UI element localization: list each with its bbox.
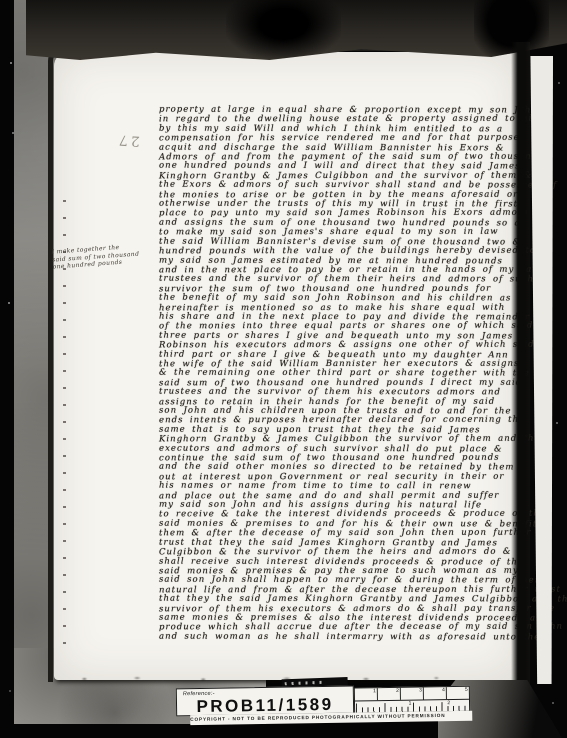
copyright-notice: COPYRIGHT - NOT TO BE REPRODUCED PHOTOGR… — [190, 714, 445, 723]
page-gutter-shadow — [511, 42, 530, 692]
manuscript-page: 27 I make together thesaid sum of two th… — [54, 52, 518, 680]
scale-ruler: 12345 1 2 — [354, 686, 470, 714]
ruler-inch-label: 1 — [355, 688, 378, 700]
ruler-inch-label: 2 — [378, 688, 401, 700]
scanner-mat-left — [14, 0, 58, 724]
manuscript-text: property at large in equal share & propo… — [159, 106, 521, 642]
marginal-note: I make together thesaid sum of two thous… — [51, 241, 157, 271]
shadow-blob — [226, 0, 341, 60]
book-top-edge-shadow — [26, 0, 567, 60]
ruler-cm-label: 2 — [447, 700, 450, 706]
reference-card-group: Reference:- PROB11/1589 12345 1 2 COPYRI… — [176, 676, 475, 729]
ruler-cm-label: 1 — [409, 701, 412, 707]
folio-number: 27 — [115, 131, 140, 149]
ruler-inch-label: 5 — [447, 687, 469, 699]
ruler-inch-label: 4 — [424, 687, 447, 699]
microfilm-scan: 27 I make together thesaid sum of two th… — [0, 0, 567, 738]
manuscript-line: and such woman as he shall intermarry wi… — [159, 632, 521, 642]
reference-card: Reference:- PROB11/1589 — [176, 686, 354, 717]
ruler-inch-label: 3 — [401, 687, 424, 699]
